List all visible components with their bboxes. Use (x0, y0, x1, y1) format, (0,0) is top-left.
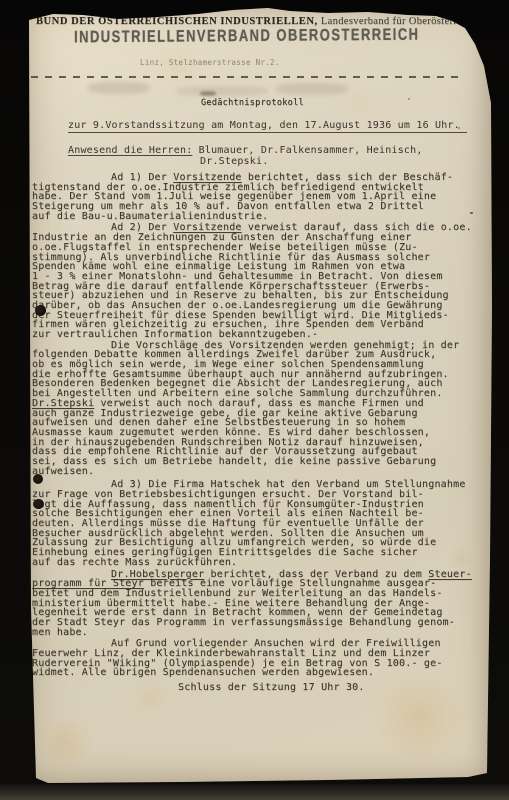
paragraph: Ad 1) Der Vorsitzende berichtet, dass si… (32, 173, 484, 221)
typed-text: zur vertraulichen Information bekanntzug… (32, 329, 318, 340)
dashed-divider (31, 76, 461, 78)
text-line: sei, dass es sich um Betriebe handelt, d… (32, 457, 484, 467)
paper-stain (37, 715, 95, 771)
erased-text-smudge (88, 82, 150, 94)
paragraph: Auf Grund vorliegender Ansuchen wird der… (32, 639, 484, 678)
document-title: Gedächtnisprotokoll (201, 98, 304, 108)
paragraph: Ad 3) Die Firma Hatschek hat den Verband… (32, 480, 484, 567)
attendees-names: Blumauer, Dr.Falkensammer, Heinisch, (192, 145, 422, 156)
typed-text: auf das rechte Mass zurückführen. (32, 557, 237, 568)
paper-stain (134, 682, 168, 714)
paper-stain (373, 671, 467, 765)
session-subtitle: zur 9.Vorstandssitzung am Montag, den 17… (68, 120, 467, 133)
erased-text-smudge (176, 86, 268, 96)
org-name-stamp: INDUSTRIELLENVERBAND OBEROSTERREICH (74, 24, 420, 46)
typed-text: auf die Bau-u.Baumaterialienindustrie. (32, 211, 268, 222)
protocol-body: Ad 1) Der Vorsitzende berichtet, dass si… (32, 173, 484, 678)
text-line: zur vertraulichen Information bekanntzug… (32, 330, 484, 340)
closing-line: Schluss der Sitzung 17 Uhr 30. (178, 682, 365, 693)
text-line: widmet. Alle übrigen Spendenansuchen wer… (32, 668, 484, 678)
paper-speck (408, 98, 410, 100)
attendees-label: Anwesend die Herren: (68, 145, 192, 156)
paper-speck (470, 212, 473, 214)
ink-blot (33, 499, 44, 509)
text-line: aufweisen. (32, 467, 484, 477)
paragraph: Ad 2) Der Vorsitzende verweist darauf, d… (32, 223, 484, 339)
text-line: auf die Bau-u.Baumaterialienindustrie. (32, 212, 484, 222)
document-page: BUND DER ÖSTERREICHISCHEN INDUSTRIELLEN,… (28, 6, 494, 788)
paragraph: Die Vorschläge des Vorsitzenden werden g… (32, 341, 484, 477)
paper-speck (458, 127, 460, 129)
paper-stain (340, 90, 378, 122)
erased-text-smudge (200, 91, 216, 96)
erased-text-smudge (276, 83, 348, 95)
scanner-mat (0, 784, 509, 800)
attendees-line: Anwesend die Herren: Blumauer, Dr.Falken… (68, 145, 423, 156)
typed-text: widmet. Alle übrigen Spendenansuchen wer… (32, 667, 374, 678)
attendees-line2: Dr.Stepski. (200, 156, 268, 167)
session-subtitle-text: zur 9.Vorstandssitzung am Montag, den 17… (68, 120, 467, 133)
typed-text: men habe. (32, 627, 88, 638)
typed-text: der Stadt Steyr das Programm in verfassu… (32, 617, 455, 628)
address-line: Linz, Stelzhamerstrasse Nr.2. (140, 58, 280, 67)
scan-background: BUND DER ÖSTERREICHISCHEN INDUSTRIELLEN,… (0, 0, 509, 800)
paragraph: Dr.Hobelsperger berichtet, dass der Verb… (32, 570, 484, 638)
text-line: auf das rechte Mass zurückführen. (32, 558, 484, 568)
ink-blot (33, 474, 43, 484)
text-line: der Stadt Steyr das Programm in verfassu… (32, 618, 484, 628)
text-line: men habe. (32, 628, 484, 638)
